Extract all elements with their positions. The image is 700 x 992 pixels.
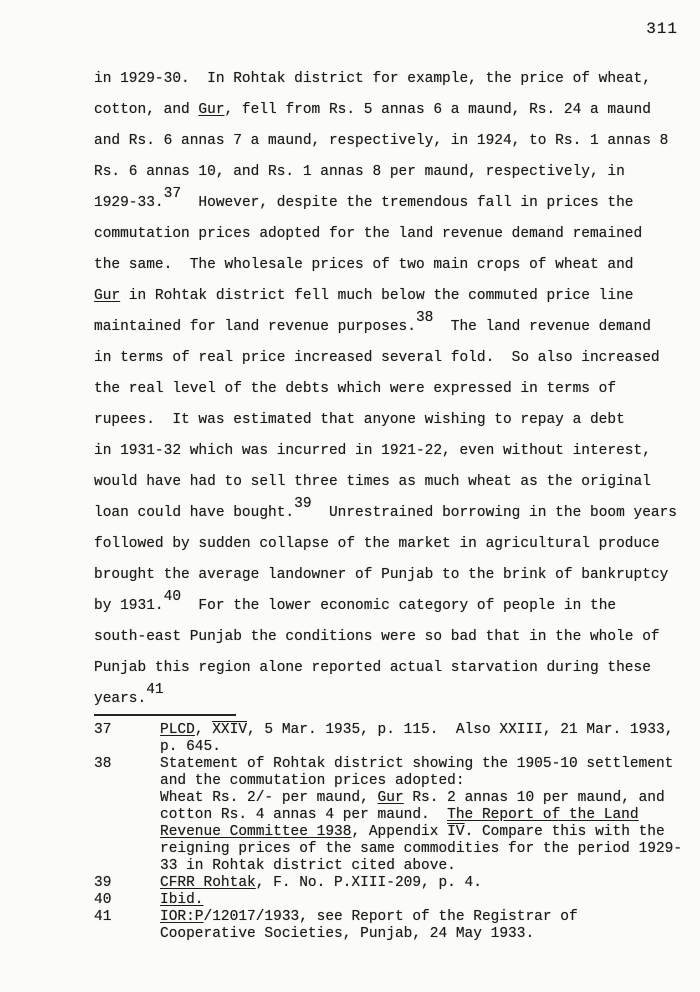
text-segment: . Compare this with the: [465, 824, 665, 840]
text-segment: /12017/1933, see Report of the Registrar…: [204, 909, 578, 925]
text-line: followed by sudden collapse of the marke…: [94, 529, 677, 560]
text-segment: commutation prices adopted for the land …: [94, 226, 642, 242]
footnote-text: CFRR Rohtak, F. No. P.XIII-209, p. 4.: [160, 875, 482, 892]
footnote-line: Wheat Rs. 2/- per maund, Gur Rs. 2 annas…: [160, 790, 682, 807]
footnote-text: PLCD, XXIV, 5 Mar. 1935, p. 115. Also XX…: [160, 722, 673, 756]
footnote-line: Statement of Rohtak district showing the…: [160, 756, 682, 773]
footnote-line: 33 in Rohtak district cited above.: [160, 858, 682, 875]
text-segment: years.: [94, 691, 146, 707]
text-segment: , F. No. P.XIII-209, p. 4.: [256, 875, 482, 891]
text-line: 1929-33.37 However, despite the tremendo…: [94, 188, 677, 219]
text-segment: in 1931-32 which was incurred in 1921-22…: [94, 443, 651, 459]
text-segment: in terms of real price increased several…: [94, 350, 660, 366]
footnote-number: 41: [94, 909, 160, 943]
text-segment: Rs. 2 annas 10 per maund, and: [404, 790, 665, 806]
text-segment: For the lower economic category of peopl…: [181, 598, 616, 614]
text-segment: The land revenue demand: [433, 319, 651, 335]
text-segment: loan could have bought.: [94, 505, 294, 521]
text-segment: IV: [447, 824, 464, 840]
text-line: Punjab this region alone reported actual…: [94, 653, 677, 684]
footnote-line: Revenue Committee 1938, Appendix IV. Com…: [160, 824, 682, 841]
footnote-item: 40Ibid.: [94, 892, 682, 909]
text-segment: in 1929-30. In Rohtak district for examp…: [94, 71, 651, 87]
text-segment: by 1931.: [94, 598, 164, 614]
text-line: years.41: [94, 684, 677, 715]
text-line: cotton, and Gur, fell from Rs. 5 annas 6…: [94, 95, 677, 126]
text-line: loan could have bought.39 Unrestrained b…: [94, 498, 677, 529]
text-segment: Revenue Committee 1938: [160, 824, 351, 840]
footnote-item: 37PLCD, XXIV, 5 Mar. 1935, p. 115. Also …: [94, 722, 682, 756]
footnote-ref: 37: [164, 186, 181, 202]
footnote-text: Ibid.: [160, 892, 204, 909]
text-line: by 1931.40 For the lower economic catego…: [94, 591, 677, 622]
footnote-text: Statement of Rohtak district showing the…: [160, 756, 682, 875]
text-segment: , 5 Mar. 1935, p. 115. Also XXIII, 21 Ma…: [247, 722, 673, 738]
text-segment: and Rs. 6 annas 7 a maund, respectively,…: [94, 133, 668, 149]
footnote-separator-rule: [94, 714, 236, 716]
text-segment: Gur: [198, 102, 224, 118]
footnote-line: IOR:P/12017/1933, see Report of the Regi…: [160, 909, 578, 926]
text-segment: cotton Rs. 4 annas 4 per maund.: [160, 807, 447, 823]
text-segment: Ibid.: [160, 892, 204, 908]
text-line: and Rs. 6 annas 7 a maund, respectively,…: [94, 126, 677, 157]
body-paragraph: in 1929-30. In Rohtak district for examp…: [94, 64, 677, 715]
text-segment: IOR:P: [160, 909, 204, 925]
text-segment: reigning prices of the same commodities …: [160, 841, 682, 857]
text-segment: Unrestrained borrowing in the boom years: [312, 505, 677, 521]
footnote-text: IOR:P/12017/1933, see Report of the Regi…: [160, 909, 578, 943]
text-segment: p. 645.: [160, 739, 221, 755]
text-segment: Cooperative Societies, Punjab, 24 May 19…: [160, 926, 534, 942]
text-segment: Gur: [378, 790, 404, 806]
footnote-number: 40: [94, 892, 160, 909]
footnote-line: Ibid.: [160, 892, 204, 909]
text-segment: would have had to sell three times as mu…: [94, 474, 651, 490]
text-line: in terms of real price increased several…: [94, 343, 677, 374]
text-segment: , fell from Rs. 5 annas 6 a maund, Rs. 2…: [225, 102, 651, 118]
text-segment: The Report of the Land: [447, 807, 638, 823]
footnote-line: reigning prices of the same commodities …: [160, 841, 682, 858]
text-segment: cotton, and: [94, 102, 198, 118]
text-segment: Rs. 6 annas 10, and Rs. 1 annas 8 per ma…: [94, 164, 625, 180]
text-segment: the same. The wholesale prices of two ma…: [94, 257, 634, 273]
text-line: in 1929-30. In Rohtak district for examp…: [94, 64, 677, 95]
text-segment: Wheat Rs. 2/- per maund,: [160, 790, 378, 806]
document-page: 311 in 1929-30. In Rohtak district for e…: [0, 0, 700, 992]
text-line: in 1931-32 which was incurred in 1921-22…: [94, 436, 677, 467]
text-segment: maintained for land revenue purposes.: [94, 319, 416, 335]
text-line: south-east Punjab the conditions were so…: [94, 622, 677, 653]
text-segment: , Appendix: [351, 824, 447, 840]
text-line: commutation prices adopted for the land …: [94, 219, 677, 250]
text-segment: Statement of Rohtak district showing the…: [160, 756, 673, 772]
text-segment: 33 in Rohtak district cited above.: [160, 858, 456, 874]
text-segment: However, despite the tremendous fall in …: [181, 195, 633, 211]
text-segment: XXIV: [212, 722, 247, 738]
text-segment: CFRR Rohtak: [160, 875, 256, 891]
footnote-ref: 40: [164, 589, 181, 605]
footnote-line: PLCD, XXIV, 5 Mar. 1935, p. 115. Also XX…: [160, 722, 673, 739]
text-line: the real level of the debts which were e…: [94, 374, 677, 405]
footnote-number: 38: [94, 756, 160, 875]
text-line: rupees. It was estimated that anyone wis…: [94, 405, 677, 436]
text-segment: 1929-33.: [94, 195, 164, 211]
text-line: maintained for land revenue purposes.38 …: [94, 312, 677, 343]
text-line: Gur in Rohtak district fell much below t…: [94, 281, 677, 312]
footnote-line: CFRR Rohtak, F. No. P.XIII-209, p. 4.: [160, 875, 482, 892]
text-segment: in Rohtak district fell much below the c…: [120, 288, 633, 304]
footnote-number: 37: [94, 722, 160, 756]
footnote-number: 39: [94, 875, 160, 892]
text-segment: and the commutation prices adopted:: [160, 773, 465, 789]
text-segment: brought the average landowner of Punjab …: [94, 567, 668, 583]
footnote-line: cotton Rs. 4 annas 4 per maund. The Repo…: [160, 807, 682, 824]
text-segment: ,: [195, 722, 212, 738]
page-number: 311: [646, 20, 678, 38]
footnote-ref: 39: [294, 496, 311, 512]
text-segment: PLCD: [160, 722, 195, 738]
footnote-ref: 38: [416, 310, 433, 326]
text-line: Rs. 6 annas 10, and Rs. 1 annas 8 per ma…: [94, 157, 677, 188]
footnote-item: 41IOR:P/12017/1933, see Report of the Re…: [94, 909, 682, 943]
footnote-list: 37PLCD, XXIV, 5 Mar. 1935, p. 115. Also …: [94, 722, 682, 943]
footnote-line: Cooperative Societies, Punjab, 24 May 19…: [160, 926, 578, 943]
text-line: brought the average landowner of Punjab …: [94, 560, 677, 591]
text-segment: the real level of the debts which were e…: [94, 381, 616, 397]
footnote-item: 39CFRR Rohtak, F. No. P.XIII-209, p. 4.: [94, 875, 682, 892]
text-segment: followed by sudden collapse of the marke…: [94, 536, 660, 552]
footnote-line: p. 645.: [160, 739, 673, 756]
text-segment: south-east Punjab the conditions were so…: [94, 629, 660, 645]
footnote-ref: 41: [146, 682, 163, 698]
footnote-line: and the commutation prices adopted:: [160, 773, 682, 790]
text-segment: Punjab this region alone reported actual…: [94, 660, 651, 676]
footnote-item: 38Statement of Rohtak district showing t…: [94, 756, 682, 875]
text-segment: Gur: [94, 288, 120, 304]
text-segment: rupees. It was estimated that anyone wis…: [94, 412, 625, 428]
text-line: would have had to sell three times as mu…: [94, 467, 677, 498]
text-line: the same. The wholesale prices of two ma…: [94, 250, 677, 281]
footnotes-section: 37PLCD, XXIV, 5 Mar. 1935, p. 115. Also …: [94, 714, 682, 943]
